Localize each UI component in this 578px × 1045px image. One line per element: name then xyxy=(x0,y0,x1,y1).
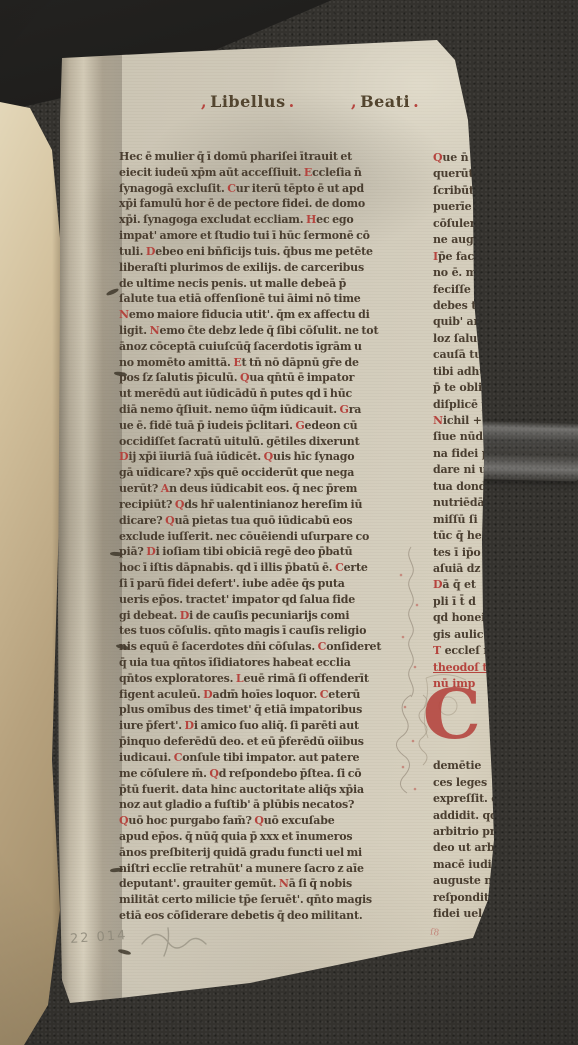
text-line: p̄os ſz ſalutis p̄iculū. Qua qn̄tū ē imp… xyxy=(119,370,435,386)
text-line: occidiſſet ſacratū uitulū. gētiles dixer… xyxy=(119,434,435,450)
text-line: gi debeat. Di de cauſis pecuniarijs comi xyxy=(119,608,435,624)
text-line: ſi ī parū fidei defert'. iube adēe q̄s p… xyxy=(119,576,435,592)
text-line: ut merēdū aut iūdicādū n̄ putes qd ī hūc xyxy=(119,386,435,402)
text-line: uerūt? An deus iūdicabit eos. q̄ nec p̄r… xyxy=(119,481,435,497)
text-line: ſalute tua etiā offenſionē tui āimi nō t… xyxy=(119,291,435,307)
text-line: Quō hoc purgabo fam̄? Quō excuſabe xyxy=(119,813,435,829)
text-line: deo ut arb xyxy=(433,840,503,856)
text-line: ſynagogā excluſit. Cur iterū tēpto ē ut … xyxy=(119,181,435,197)
rubric-paraph: , xyxy=(348,92,360,111)
gutter-fold xyxy=(58,44,122,1008)
text-line: addidit. qd xyxy=(433,808,503,824)
text-line: nis equū ē ſacerdotes dn̄i cōſulas. Conſ… xyxy=(119,639,435,655)
text-line: noz aut gladio a fuſtib' ā plūbis necato… xyxy=(119,797,435,813)
text-line: xp̄i. ſynagoga excludat eccliam. Hec ego xyxy=(119,212,435,228)
text-line: ueris ep̄os. tractet' impator qd ſalua f… xyxy=(119,592,435,608)
text-line: qn̄tos exploratores. Leuē rimā ſi offend… xyxy=(119,671,435,687)
text-line: me cōſulere m̄. Qd reſpondebo p̄ſtea. ſi… xyxy=(119,766,435,782)
text-line: Nemo maiore fiducia utit'. q̄m ex affect… xyxy=(119,307,435,323)
main-text-column: Hec ē mulier q̄ ī domū phariſei ītrauit … xyxy=(119,149,435,924)
text-line: Dij xp̄i īiuriā ſuā iūdicēt. Quis hīc ſy… xyxy=(119,449,435,465)
running-title-right-word: Beati xyxy=(360,92,410,111)
text-line: apud ep̄os. q̄ nūq̄ quia p̄ xxx et īnume… xyxy=(119,829,435,845)
text-line: diā nemo q̄ſiuit. nemo ūq̄m iūdicauit. G… xyxy=(119,402,435,418)
text-line: figent aculeū. Dadm̄ hoīes loquor. Ceter… xyxy=(119,687,435,703)
text-line: Hec ē mulier q̄ ī domū phariſei ītrauit … xyxy=(119,149,435,165)
rubric-point: . xyxy=(410,92,422,111)
text-line: plus omībus des timet' q̄ etiā impatorib… xyxy=(119,702,435,718)
text-line: recipiūt? Qds hr̄ ualentinianoz hereſim … xyxy=(119,497,435,513)
running-title-left: ,Libellus. xyxy=(198,92,298,111)
text-line: p̄tū fuerit. data hinc auctoritate aliq̄… xyxy=(119,782,435,798)
text-line: hoc ī iſtis dāpnabis. qd ī illis p̄batū … xyxy=(119,560,435,576)
text-line: arbitrio pr xyxy=(433,824,503,840)
text-line: ue ē. fidē tuā p̄ iudeis p̄clitari. Gede… xyxy=(119,418,435,434)
text-line: q̄ uia tua qn̄tos īſidiatores habeat ecc… xyxy=(119,655,435,671)
text-line: ānos preſbiterij quidā gradu functi uel … xyxy=(119,845,435,861)
rubric-point: . xyxy=(286,92,298,111)
red-scribble: ſ8 xyxy=(429,927,439,938)
text-line: exclude iuſſerit. nec cōuēiendi uſurpare… xyxy=(119,529,435,545)
text-line: dicare? Quā pietas tua quō iūdicabū eos xyxy=(119,513,435,529)
text-line: no momēto amittā. Et tn̄ nō dāpnū gr̄e d… xyxy=(119,355,435,371)
decorated-initial-c: C xyxy=(423,680,486,752)
running-title-left-word: Libellus xyxy=(210,92,286,111)
text-line: impat' amore et ſtudio tui ī hūc ſermonē… xyxy=(119,228,435,244)
text-line: tes tuos cōſulis. qn̄to magis ī cauſis r… xyxy=(119,623,435,639)
text-line: piā? Di ioſiam tibi obiciā regē deo p̄ba… xyxy=(119,544,435,560)
text-line: xp̄i famulū hor ē de pectore fidei. de d… xyxy=(119,196,435,212)
shelfmark-flourish xyxy=(138,922,210,960)
text-line: militāt certo milicie tp̄e ſeruēt'. qn̄t… xyxy=(119,892,435,908)
text-line: ānoz cōceptā cuiuſcūq̄ ſacerdotis īgrām … xyxy=(119,339,435,355)
text-line: iure p̄fert'. Di amico ſuo aliq̄. ſi par… xyxy=(119,718,435,734)
manuscript-photograph: ,Libellus. ,Beati. Hec ē mulier q̄ ī dom… xyxy=(0,0,578,1045)
text-line: iudicaui. Conſule tibi impator. aut pate… xyxy=(119,750,435,766)
text-line: deputant'. grauiter gemūt. Nā ſi q̄ nobi… xyxy=(119,876,435,892)
text-line: de ultime necis penis. ut malle debeā p̄ xyxy=(119,276,435,292)
text-line: liberaſti plurimos de exilijs. de carcer… xyxy=(119,260,435,276)
rubric-paraph: , xyxy=(198,92,210,111)
vellum-cover-flap xyxy=(0,90,66,1045)
text-line: niſtri ecclīe retrahūt' a munere ſacro z… xyxy=(119,861,435,877)
text-line: ligit. Nemo c̄te debz lede q̄ ſibi cōſul… xyxy=(119,323,435,339)
text-line: p̄inquo deferēdū deo. et eū p̄ferēdū oīi… xyxy=(119,734,435,750)
text-line: tuli. Debeo eni bn̄ficijs tuis. q̄bus me… xyxy=(119,244,435,260)
text-line: eiecit iudeū xp̄m aūt acceſſiuit. Eccleſ… xyxy=(119,165,435,181)
text-line: gā uīdicare? xp̄s quē occiderūt que nega xyxy=(119,465,435,481)
running-title-right: ,Beati. xyxy=(348,92,422,111)
